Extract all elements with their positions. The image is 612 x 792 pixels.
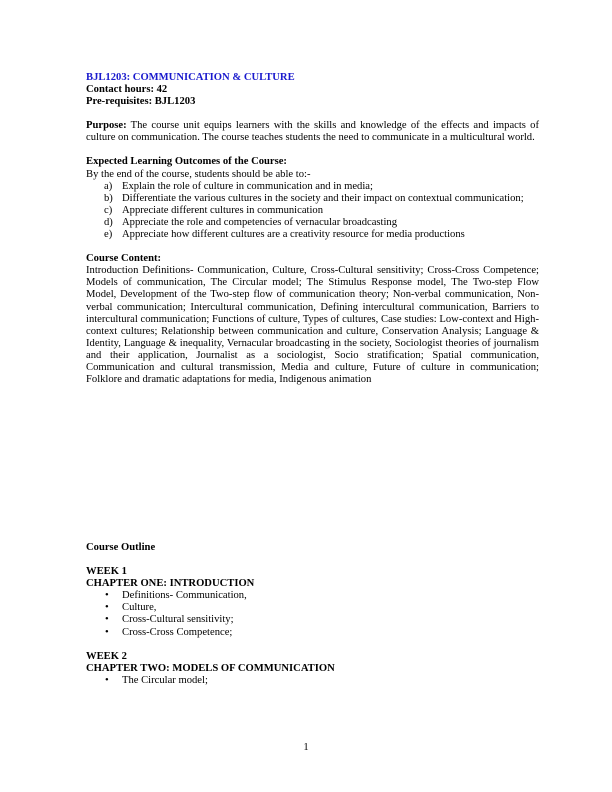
outcome-item: d)Appreciate the role and competencies o… bbox=[122, 217, 539, 229]
outline-heading: Course Outline bbox=[86, 542, 539, 554]
topic-item: •Culture, bbox=[122, 602, 539, 614]
list-marker: b) bbox=[104, 193, 113, 205]
outcome-text: Appreciate how different cultures are a … bbox=[122, 229, 465, 240]
outcome-item: e)Appreciate how different cultures are … bbox=[122, 229, 539, 241]
topic-item: •Cross-Cross Competence; bbox=[122, 627, 539, 639]
bullet-icon: • bbox=[105, 590, 109, 602]
topic-text: Culture, bbox=[122, 602, 156, 613]
week-1-label: WEEK 1 bbox=[86, 566, 539, 578]
outcome-text: Explain the role of culture in communica… bbox=[122, 181, 373, 192]
outcome-item: b)Differentiate the various cultures in … bbox=[122, 193, 539, 205]
contact-hours: Contact hours: 42 bbox=[86, 84, 539, 96]
chapter-two-title: CHAPTER TWO: MODELS OF COMMUNICATION bbox=[86, 663, 539, 675]
topic-text: The Circular model; bbox=[122, 675, 208, 686]
list-marker: a) bbox=[104, 181, 112, 193]
topic-item: •Cross-Cultural sensitivity; bbox=[122, 614, 539, 626]
list-marker: e) bbox=[104, 229, 112, 241]
topic-text: Cross-Cultural sensitivity; bbox=[122, 614, 234, 625]
outcomes-intro: By the end of the course, students shoul… bbox=[86, 169, 539, 181]
outcome-item: a)Explain the role of culture in communi… bbox=[122, 181, 539, 193]
outcome-item: c)Appreciate different cultures in commu… bbox=[122, 205, 539, 217]
bullet-icon: • bbox=[105, 627, 109, 639]
topic-item: •The Circular model; bbox=[122, 675, 539, 687]
course-title: BJL1203: COMMUNICATION & CULTURE bbox=[86, 72, 539, 84]
content-paragraph: Introduction Definitions- Communication,… bbox=[86, 265, 539, 386]
week-2-label: WEEK 2 bbox=[86, 651, 539, 663]
outcome-text: Appreciate different cultures in communi… bbox=[122, 205, 323, 216]
chapter-one-title: CHAPTER ONE: INTRODUCTION bbox=[86, 578, 539, 590]
content-heading: Course Content: bbox=[86, 253, 539, 265]
topic-text: Definitions- Communication, bbox=[122, 590, 247, 601]
topic-item: •Definitions- Communication, bbox=[122, 590, 539, 602]
outcomes-heading: Expected Learning Outcomes of the Course… bbox=[86, 156, 539, 168]
course-outline: Course Outline WEEK 1 CHAPTER ONE: INTRO… bbox=[86, 542, 539, 687]
outcome-text: Appreciate the role and competencies of … bbox=[122, 217, 397, 228]
purpose-paragraph: Purpose: The course unit equips learners… bbox=[86, 120, 539, 144]
purpose-text: The course unit equips learners with the… bbox=[86, 120, 539, 143]
document-page: BJL1203: COMMUNICATION & CULTURE Contact… bbox=[86, 72, 539, 386]
topic-text: Cross-Cross Competence; bbox=[122, 627, 232, 638]
list-marker: d) bbox=[104, 217, 113, 229]
outcome-text: Differentiate the various cultures in th… bbox=[122, 193, 524, 204]
prerequisites: Pre-requisites: BJL1203 bbox=[86, 96, 539, 108]
bullet-icon: • bbox=[105, 675, 109, 687]
week-1-topics: •Definitions- Communication, •Culture, •… bbox=[86, 590, 539, 638]
bullet-icon: • bbox=[105, 614, 109, 626]
outcomes-list: a)Explain the role of culture in communi… bbox=[86, 181, 539, 241]
bullet-icon: • bbox=[105, 602, 109, 614]
list-marker: c) bbox=[104, 205, 112, 217]
purpose-label: Purpose: bbox=[86, 120, 127, 131]
page-number: 1 bbox=[0, 742, 612, 754]
week-2-topics: •The Circular model; bbox=[86, 675, 539, 687]
